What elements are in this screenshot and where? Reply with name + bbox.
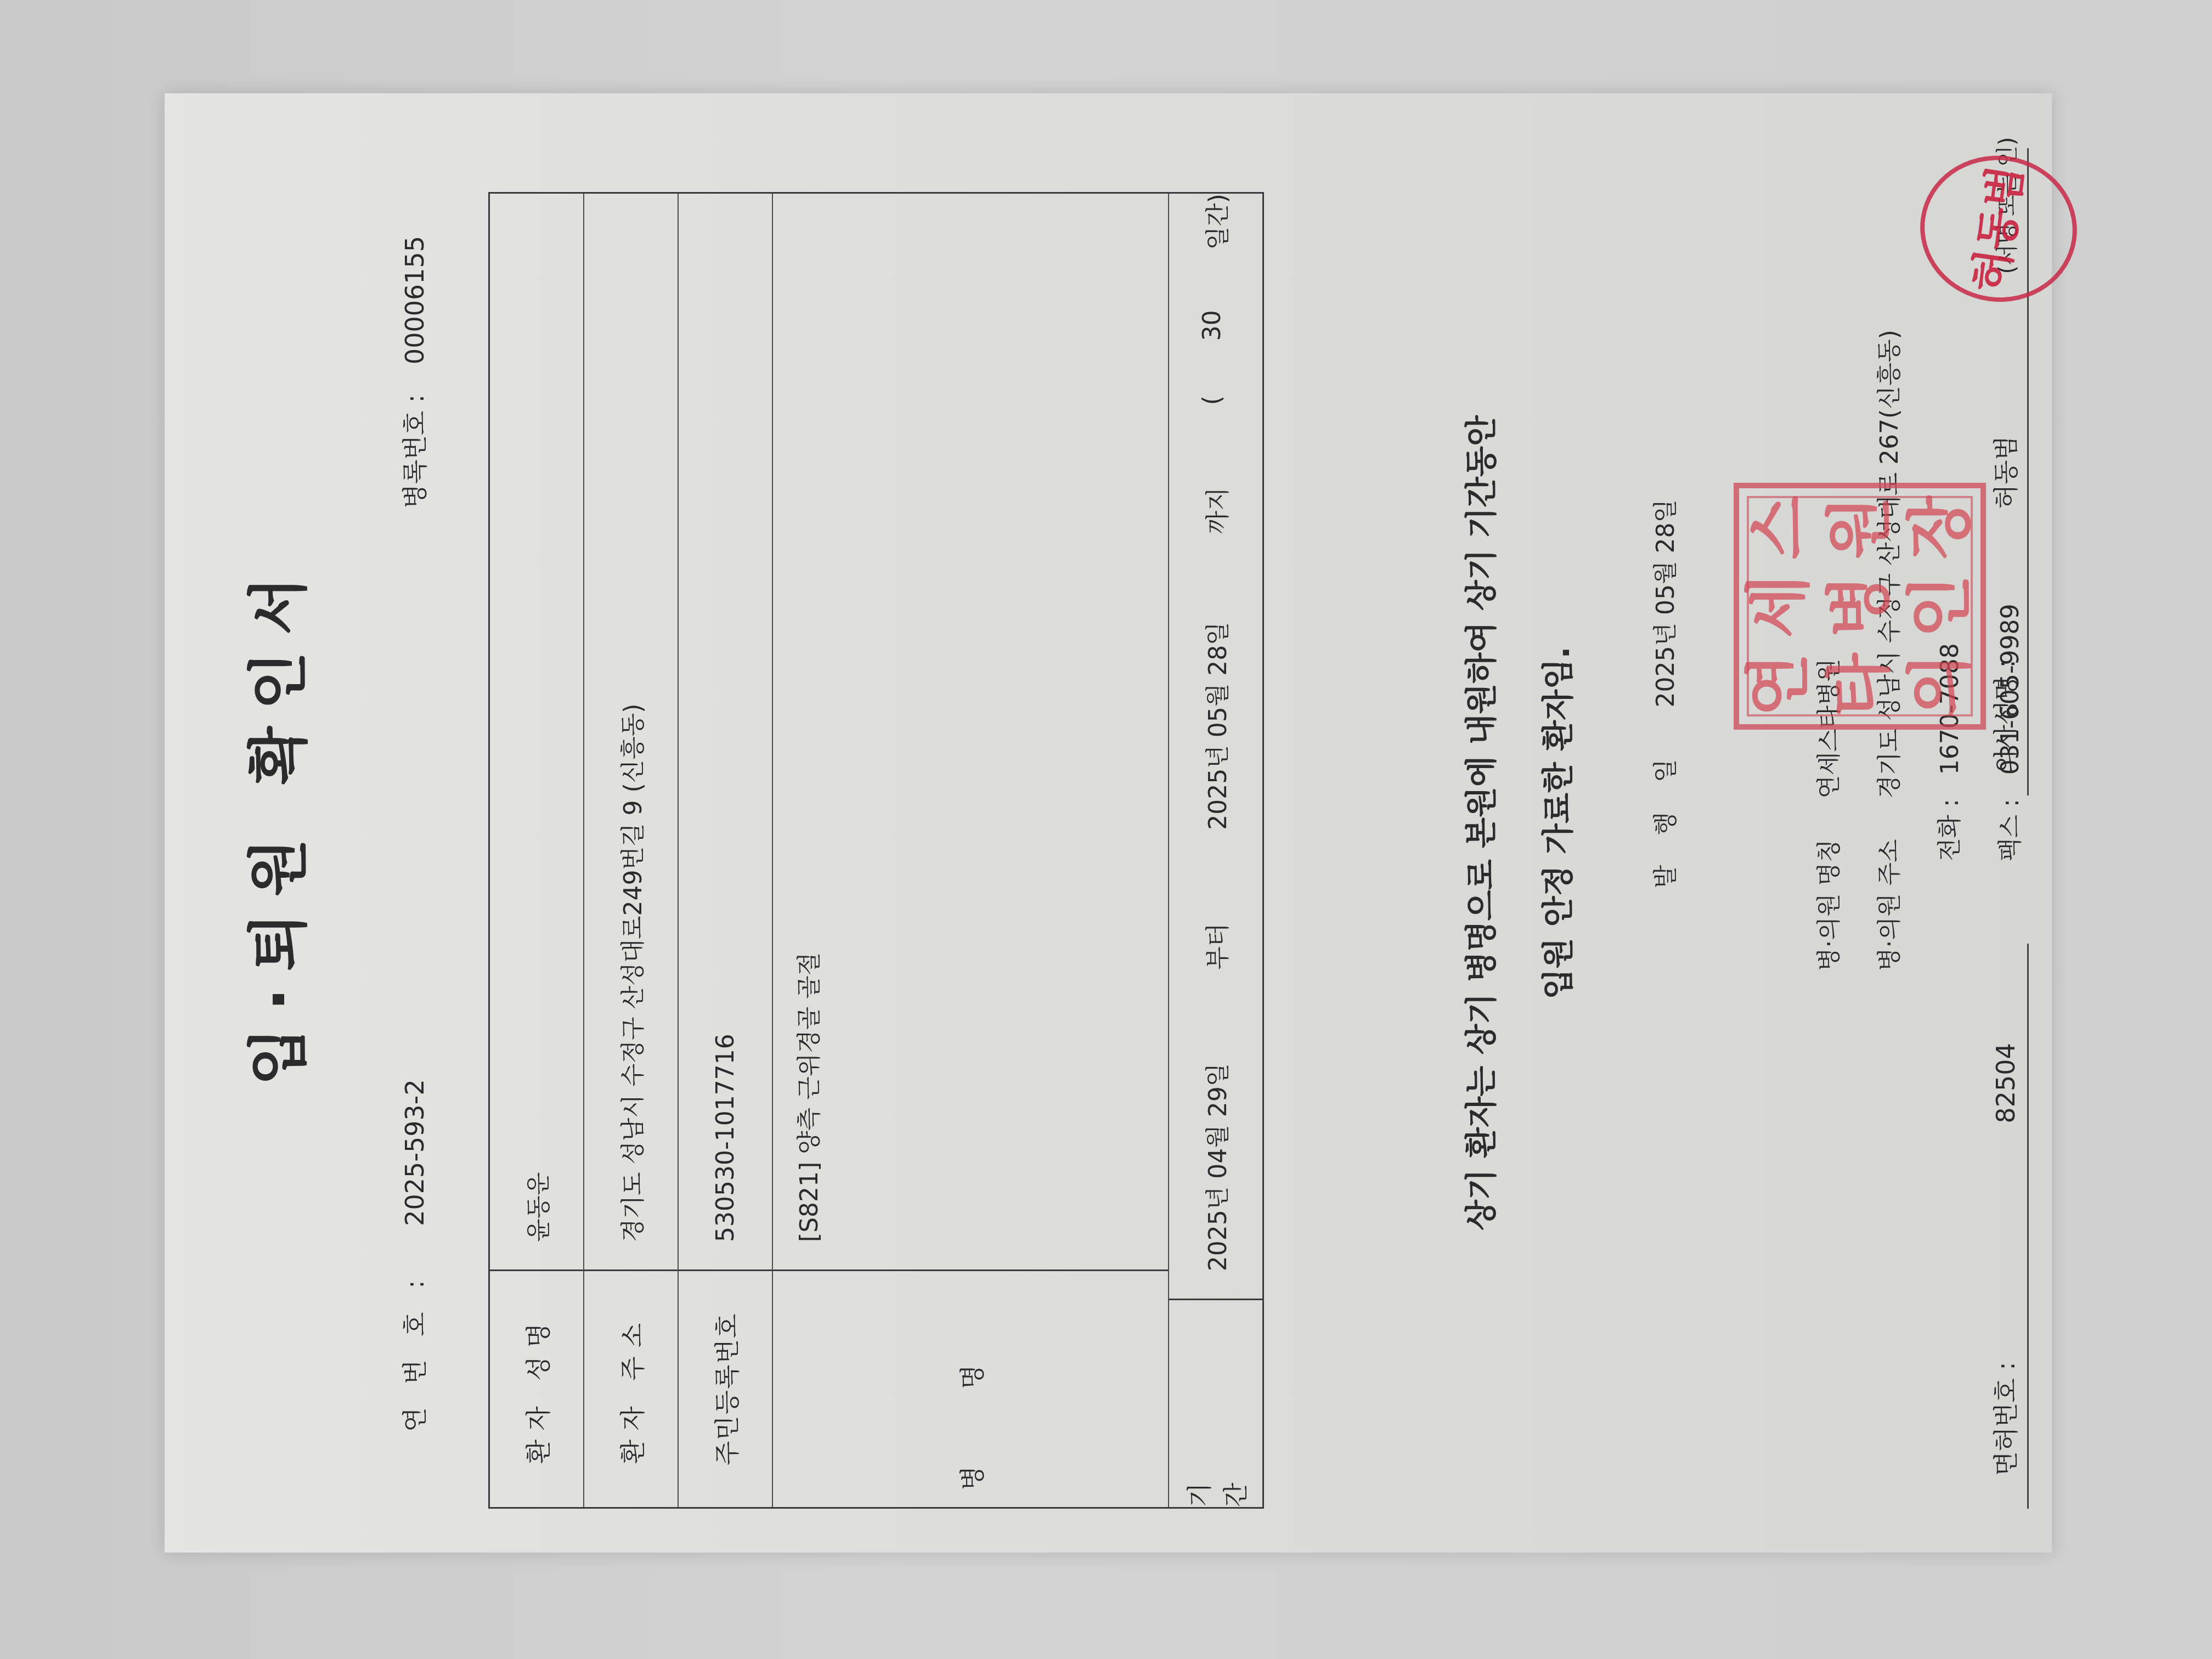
row-label: 기간 (1169, 1299, 1262, 1507)
hospital-name-label: 병·의원 명칭 (1815, 839, 1843, 972)
row-label: 환자 주소 (584, 1269, 678, 1507)
phone-label: 전화 : (1936, 799, 1964, 861)
seal-glyph: 타 (1827, 653, 1893, 716)
table-row-period: 기간 2025년 04월 29일 부터 2025년 05월 28일 까지 ( 3… (1169, 194, 1262, 1507)
seal-glyph: 스 (1746, 496, 1812, 560)
issue-date-row: 발 행 일 2025년 05월 28일 (1646, 499, 1681, 888)
license-row: 면허번호 : 82504 (1986, 1043, 2022, 1476)
open-paren: ( (1198, 396, 1233, 405)
days-suffix: 일간) (1198, 194, 1233, 250)
stay-days: 30 (1198, 310, 1233, 341)
table-row-resident-number: 주민등록번호 530530-1017716 (679, 194, 773, 1507)
seal-glyph: 인 (1908, 574, 1973, 638)
patient-name: 윤동운 (490, 194, 583, 1269)
seal-glyph: 병 (1827, 574, 1893, 638)
license-label: 면허번호 : (1991, 1362, 2021, 1476)
discharge-date: 2025년 05월 28일 (1198, 622, 1233, 830)
hospital-address-label: 병·의원 주소 (1876, 839, 1904, 972)
patient-info-table: 환자 성명 윤동운 환자 주소 경기도 성남시 수정구 산성대로249번길 9 … (488, 192, 1264, 1509)
serial-value: 2025-593-2 (400, 1079, 430, 1226)
admission-date: 2025년 04월 29일 (1198, 1063, 1233, 1271)
table-row-diagnosis: 병명 [S821] 양측 근위경골 골절 (773, 194, 1169, 1507)
diagnosis: [S821] 양측 근위경골 골절 (773, 194, 1168, 1269)
to-word: 까지 (1198, 487, 1233, 534)
table-row-patient-address: 환자 주소 경기도 성남시 수정구 산성대로249번길 9 (신흥동) (584, 194, 679, 1507)
issue-date-label: 발 행 일 (1652, 748, 1680, 888)
seal-glyph: 원 (1827, 496, 1893, 560)
chart-number: 병록번호 : 00006155 (395, 236, 431, 509)
row-label: 환자 성명 (490, 1269, 583, 1507)
statement-line-2: 입원 안정 가료한 환자임. (1520, 93, 1596, 1553)
from-word: 부터 (1198, 923, 1233, 970)
resident-number: 530530-1017716 (679, 194, 772, 1269)
chart-no-label: 병록번호 : (400, 394, 430, 509)
certificate-page: 입·퇴원 확인서 연 번 호 : 2025-593-2 병록번호 : 00006… (165, 93, 2052, 1553)
serial-number: 연 번 호 : 2025-593-2 (395, 1079, 431, 1432)
seal-glyph: 장 (1908, 496, 1973, 560)
confirmation-statement: 상기 환자는 상기 병명으로 본원에 내원하여 상기 기간동안 입원 안정 가료… (1443, 93, 1596, 1553)
row-label: 병명 (773, 1269, 1168, 1507)
statement-line-1: 상기 환자는 상기 병명으로 본원에 내원하여 상기 기간동안 (1443, 93, 1520, 1553)
serial-label: 연 번 호 : (400, 1272, 430, 1432)
table-row-patient-name: 환자 성명 윤동운 (490, 194, 584, 1507)
chart-no-value: 00006155 (400, 236, 430, 364)
fax-label: 팩스 : (1996, 799, 2024, 861)
patient-address: 경기도 성남시 수정구 산성대로249번길 9 (신흥동) (584, 194, 678, 1269)
doctor-name-label: 의사성명 : (1991, 659, 2021, 774)
hospital-seal-stamp: 연세스타병원의인장 (1734, 483, 1986, 730)
license-number: 82504 (1991, 1043, 2021, 1123)
seal-glyph: 의 (1908, 653, 1973, 716)
doctor-seal-stamp: 허동범 (1911, 145, 2086, 312)
license-underline (2027, 944, 2029, 1509)
issue-date: 2025년 05월 28일 (1652, 499, 1680, 707)
document-title: 입·퇴원 확인서 (230, 93, 317, 1553)
admission-period: 2025년 04월 29일 부터 2025년 05월 28일 까지 ( 30 일… (1169, 194, 1262, 1299)
row-label: 주민등록번호 (679, 1269, 772, 1507)
header-numbers: 연 번 호 : 2025-593-2 병록번호 : 00006155 (395, 137, 444, 1509)
seal-glyph: 연 (1746, 653, 1812, 716)
doctor-name: 허동범 (1991, 436, 2021, 509)
doctor-seal-text: 허동범 (1968, 163, 2029, 295)
seal-glyph: 세 (1746, 574, 1812, 638)
